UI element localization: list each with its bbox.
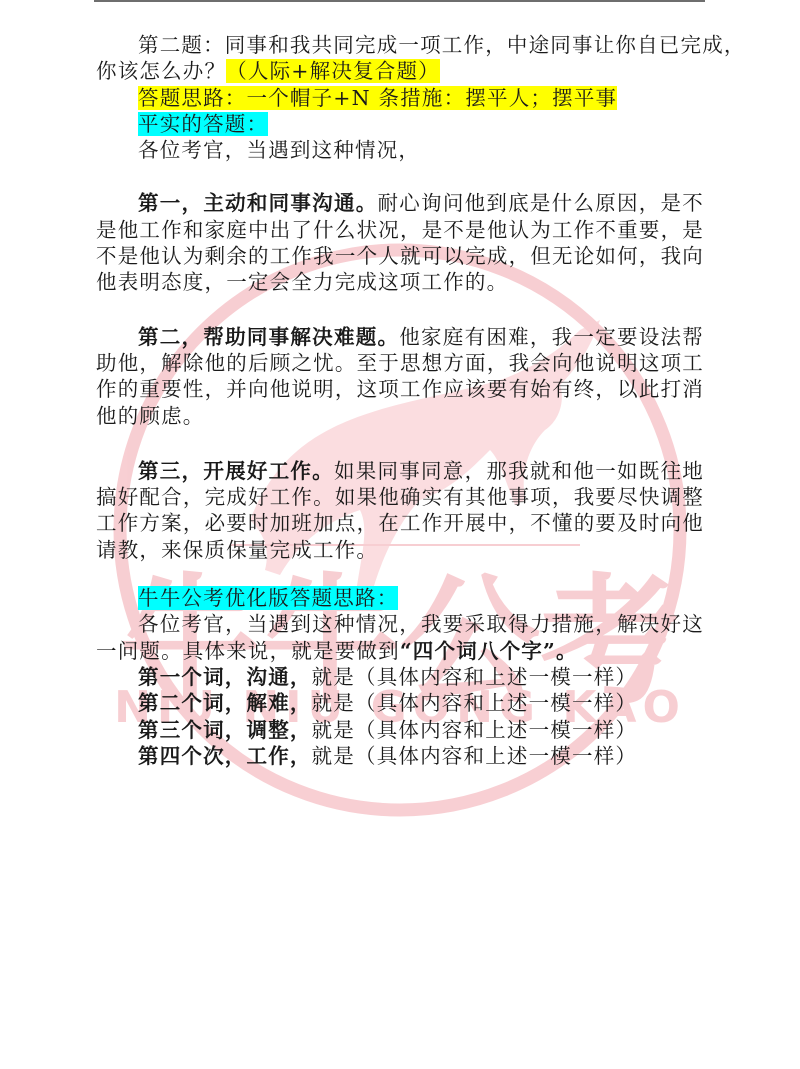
plain-answer-heading-text: 平实的答题： [138, 112, 268, 136]
optimized-heading-text: 牛牛公考优化版答题思路： [138, 586, 398, 610]
question-title: 第二题：同事和我共同完成一项工作，中途同事让你自已完成， [96, 32, 704, 58]
question-title-cont: 你该怎么办？（人际+解决复合题） [96, 58, 704, 84]
approach-line: 答题思路：一个帽子+N 条措施：摆平人；摆平事 [96, 85, 704, 111]
plain-answer-opening: 各位考官，当遇到这种情况， [96, 137, 704, 163]
point-1-title: 第一，主动和同事沟通。 [138, 191, 378, 215]
optimized-intro: 各位考官，当遇到这种情况，我要采取得力措施，解决好这一问题。具体来说，就是要做到… [96, 611, 704, 664]
point-2: 第二，帮助同事解决难题。他家庭有困难，我一定要设法帮助他，解除他的后顾之忧。至于… [96, 324, 704, 429]
document-page: 第二题：同事和我共同完成一项工作，中途同事让你自已完成， 你该怎么办？（人际+解… [96, 32, 704, 769]
word-2-label: 第二个词，解难， [138, 691, 312, 715]
point-2-title: 第二，帮助同事解决难题。 [138, 325, 399, 349]
word-3-text: 就是（具体内容和上述一模一样） [312, 718, 638, 742]
approach-text: 答题思路：一个帽子+N 条措施：摆平人；摆平事 [138, 86, 617, 110]
question-prefix: 你该怎么办？ [96, 59, 226, 83]
point-3-title: 第三，开展好工作。 [138, 459, 334, 483]
word-2: 第二个词，解难，就是（具体内容和上述一模一样） [96, 690, 704, 716]
word-3: 第三个词，调整，就是（具体内容和上述一模一样） [96, 717, 704, 743]
word-1: 第一个词，沟通，就是（具体内容和上述一模一样） [96, 664, 704, 690]
plain-answer-heading: 平实的答题： [96, 111, 704, 137]
point-3: 第三，开展好工作。如果同事同意，那我就和他一如既往地搞好配合，完成好工作。如果他… [96, 458, 704, 563]
word-4-text: 就是（具体内容和上述一模一样） [312, 744, 638, 768]
word-3-label: 第三个词，调整， [138, 718, 312, 742]
word-4-label: 第四个次，工作， [138, 744, 312, 768]
word-4: 第四个次，工作，就是（具体内容和上述一模一样） [96, 743, 704, 769]
optimized-heading: 牛牛公考优化版答题思路： [96, 585, 704, 611]
question-type-tag: （人际+解决复合题） [226, 59, 440, 83]
top-rule [94, 0, 705, 2]
point-1: 第一，主动和同事沟通。耐心询问他到底是什么原因，是不是他工作和家庭中出了什么状况… [96, 190, 704, 295]
optimized-intro-key: “四个词八个字”。 [400, 639, 578, 663]
word-2-text: 就是（具体内容和上述一模一样） [312, 691, 638, 715]
word-1-label: 第一个词，沟通， [138, 665, 312, 689]
word-1-text: 就是（具体内容和上述一模一样） [312, 665, 638, 689]
